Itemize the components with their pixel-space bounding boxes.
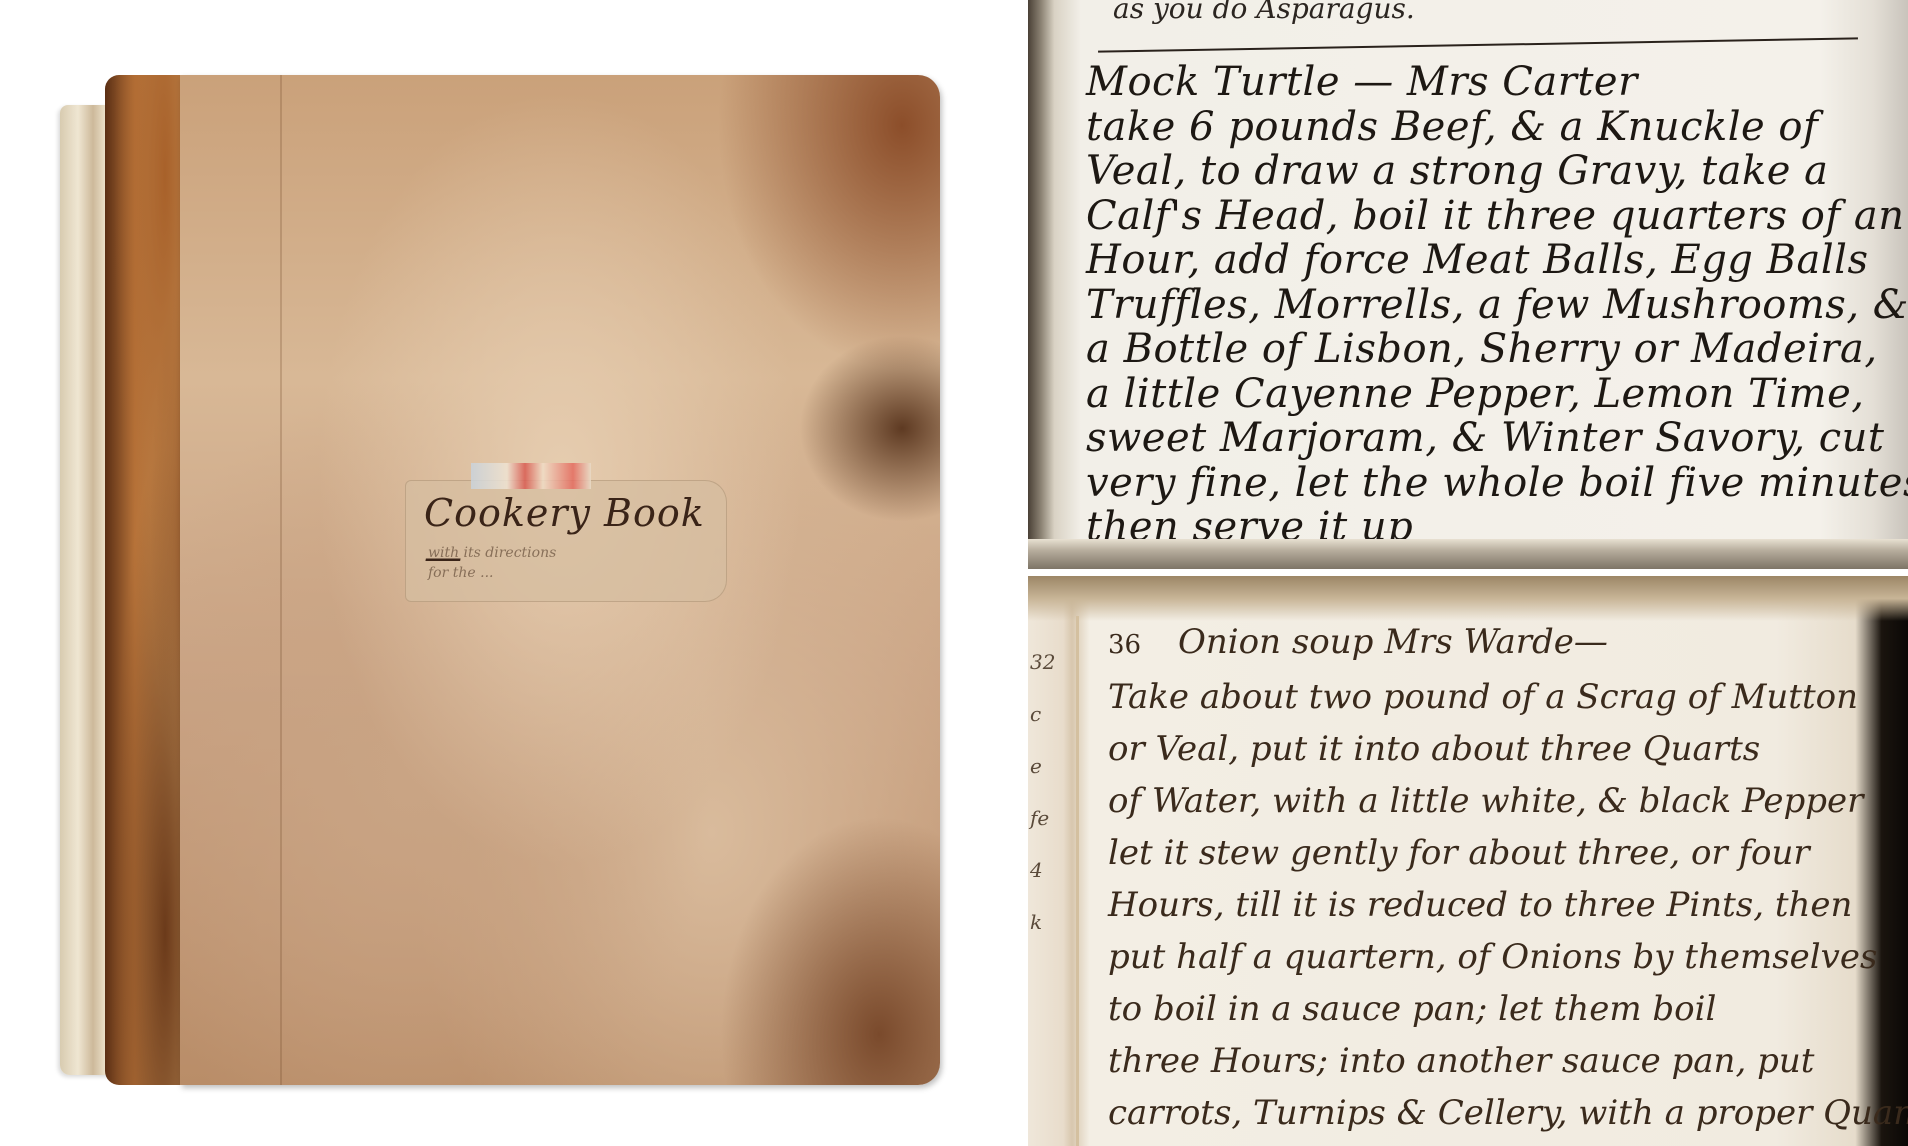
recipe-line: three Hours; into another sauce pan, put: [1108, 1035, 1888, 1087]
recipe-divider: [1098, 37, 1858, 52]
cover-subtitle-line: for the ...: [428, 563, 708, 583]
recipe-line: take 6 pounds Beef, & a Knuckle of: [1086, 105, 1886, 150]
recipe-heading: Mock Turtle — Mrs Carter: [1086, 60, 1886, 105]
recipe-line: of Water, with a little white, & black P…: [1108, 775, 1888, 827]
cookery-book: Cookery Book— with its directions for th…: [60, 75, 940, 1085]
margin-note: fe: [1030, 792, 1070, 844]
recipe-line: carrots, Turnips & Cellery, with a prope…: [1108, 1087, 1888, 1139]
cover-subtitle: with its directions for the ...: [428, 543, 708, 583]
onion-soup-page: 32 c e fe 4 k 36Onion soup Mrs Warde— Ta…: [1028, 576, 1908, 1146]
recipe-line: Hours, till it is reduced to three Pints…: [1108, 879, 1888, 931]
margin-note: k: [1030, 896, 1070, 948]
facing-page-margin: 32 c e fe 4 k: [1030, 636, 1070, 948]
mock-turtle-text: Mock Turtle — Mrs Carter take 6 pounds B…: [1086, 60, 1886, 550]
page-number: 36: [1108, 619, 1178, 671]
book-cover-photo: Cookery Book— with its directions for th…: [0, 0, 1020, 1146]
recipe-line: a Bottle of Lisbon, Sherry or Madeira,: [1086, 327, 1886, 372]
recipe-line: sweet Marjoram, & Winter Savory, cut: [1086, 416, 1886, 461]
recipe-line: very fine, let the whole boil five minut…: [1086, 461, 1886, 506]
recipe-line: Truffles, Morrells, a few Mushrooms, &: [1086, 283, 1886, 328]
recipe-line: or Veal, put it into about three Quarts: [1108, 723, 1888, 775]
page-gutter-line: [1076, 616, 1079, 1146]
recipe-heading-row: 36Onion soup Mrs Warde—: [1108, 616, 1888, 671]
margin-note: c: [1030, 688, 1070, 740]
page-bottom-edge: [1028, 539, 1908, 569]
cover-board-edge: [280, 75, 282, 1085]
recipe-line: Calf's Head, boil it three quarters of a…: [1086, 194, 1886, 239]
onion-soup-text: 36Onion soup Mrs Warde— Take about two p…: [1108, 616, 1888, 1139]
recipe-line: Take about two pound of a Scrag of Mutto…: [1108, 671, 1888, 723]
margin-page-number: 32: [1030, 636, 1070, 688]
recipe-line: Hour, add force Meat Balls, Egg Balls: [1086, 238, 1886, 283]
cover-subtitle-line: with its directions: [428, 543, 708, 563]
recipe-line: Veal, to draw a strong Gravy, take a: [1086, 149, 1886, 194]
mock-turtle-page: as you do Asparagus. Mock Turtle — Mrs C…: [1028, 0, 1908, 569]
recipe-heading: Onion soup Mrs Warde—: [1178, 622, 1608, 662]
margin-note: 4: [1030, 844, 1070, 896]
cover-label: Cookery Book— with its directions for th…: [405, 480, 727, 602]
margin-note: e: [1030, 740, 1070, 792]
front-cover: Cookery Book— with its directions for th…: [180, 75, 940, 1085]
recipe-line: put half a quartern, of Onions by themse…: [1108, 931, 1888, 983]
recipe-line: to boil in a sauce pan; let them boil: [1108, 983, 1888, 1035]
recipe-line: a little Cayenne Pepper, Lemon Time,: [1086, 372, 1886, 417]
previous-recipe-ending: as you do Asparagus.: [1113, 0, 1415, 25]
recipe-line: let it stew gently for about three, or f…: [1108, 827, 1888, 879]
label-torn-strip: [471, 463, 591, 489]
page-top-shadow: [1028, 576, 1908, 621]
